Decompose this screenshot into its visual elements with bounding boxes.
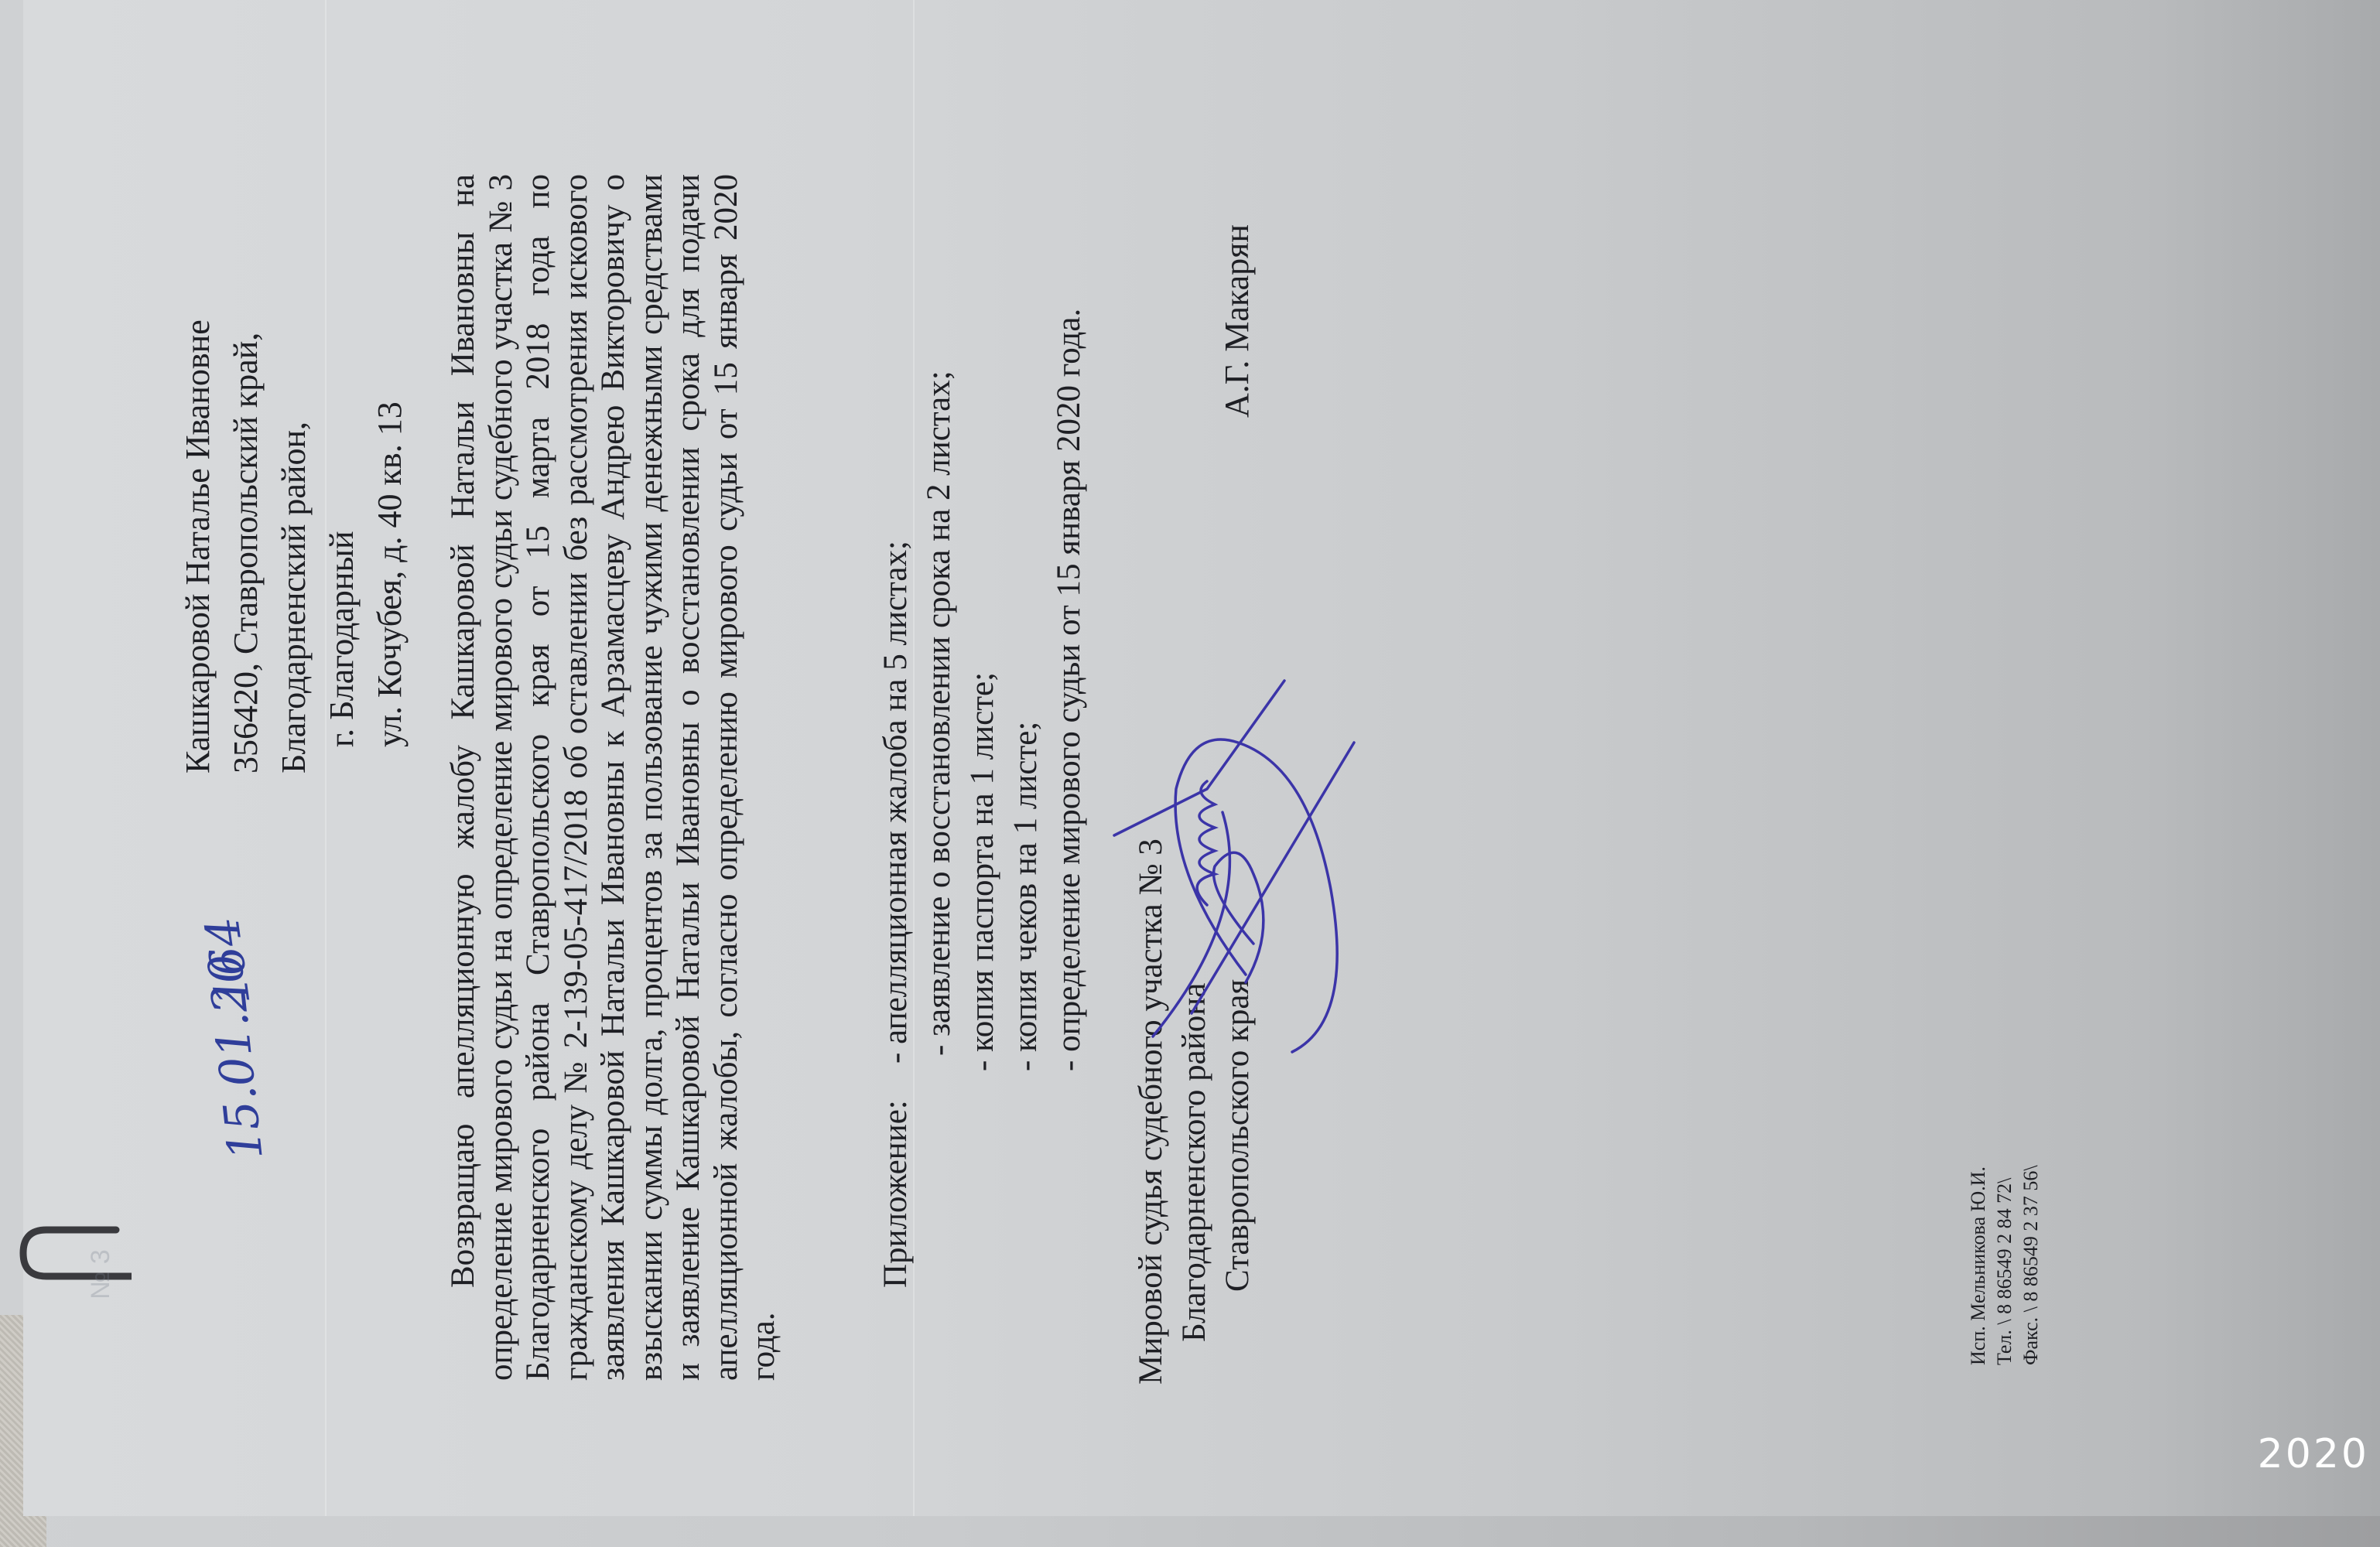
recipient-city: г. Благодарный <box>318 319 366 773</box>
signatory-name: А.Г. Макарян <box>1215 224 1260 418</box>
attachments-label: Приложение: <box>874 1100 918 1288</box>
recipient-street: ул. Кочубея, д. 40 кв. 13 <box>366 319 414 773</box>
letter-body: Возвращаю апелляционную жалобу Кашкарово… <box>445 174 783 1381</box>
executor-contacts: Исп. Мельникова Ю.И. Тел. \ 8 86549 2 84… <box>1965 1165 2044 1365</box>
document-page: № 3 164 15.01.20 Кашкаровой Наталье Иван… <box>0 0 2380 1547</box>
photo-date-overlay: 2020 <box>2258 1431 2369 1477</box>
recipient-address: Кашкаровой Наталье Ивановне 356420, Став… <box>174 319 414 773</box>
body-paragraph: Возвращаю апелляционную жалобу Кашкарово… <box>445 174 783 1381</box>
stamp-text: № 3 <box>85 1249 116 1299</box>
recipient-region: 356420, Ставропольский край, <box>222 319 270 773</box>
attachment-item: - заявление о восстановлении срока на 2 … <box>918 309 961 1056</box>
attachment-item: - апелляционная жалоба на 5 листах; <box>874 309 918 1064</box>
executor-name: Исп. Мельникова Ю.И. <box>1965 1165 1992 1365</box>
recipient-district: Благодарненский район, <box>270 319 318 773</box>
recipient-name: Кашкаровой Наталье Ивановне <box>174 319 222 773</box>
attachment-item: - копия паспорта на 1 листе; <box>961 309 1004 1071</box>
attachment-item: - определение мирового судьи от 15 январ… <box>1048 309 1091 1071</box>
attachments-list: Приложение: - апелляционная жалоба на 5 … <box>874 1100 918 1288</box>
handwritten-signature <box>1099 665 1377 1067</box>
attachment-item: - копия чеков на 1 листе; <box>1004 309 1048 1071</box>
registration-stamp: № 3 <box>54 1249 116 1532</box>
executor-fax: Факс. \ 8 86549 2 37 56\ <box>2018 1165 2044 1365</box>
executor-phone: Тел. \ 8 86549 2 84 72\ <box>1992 1165 2018 1365</box>
